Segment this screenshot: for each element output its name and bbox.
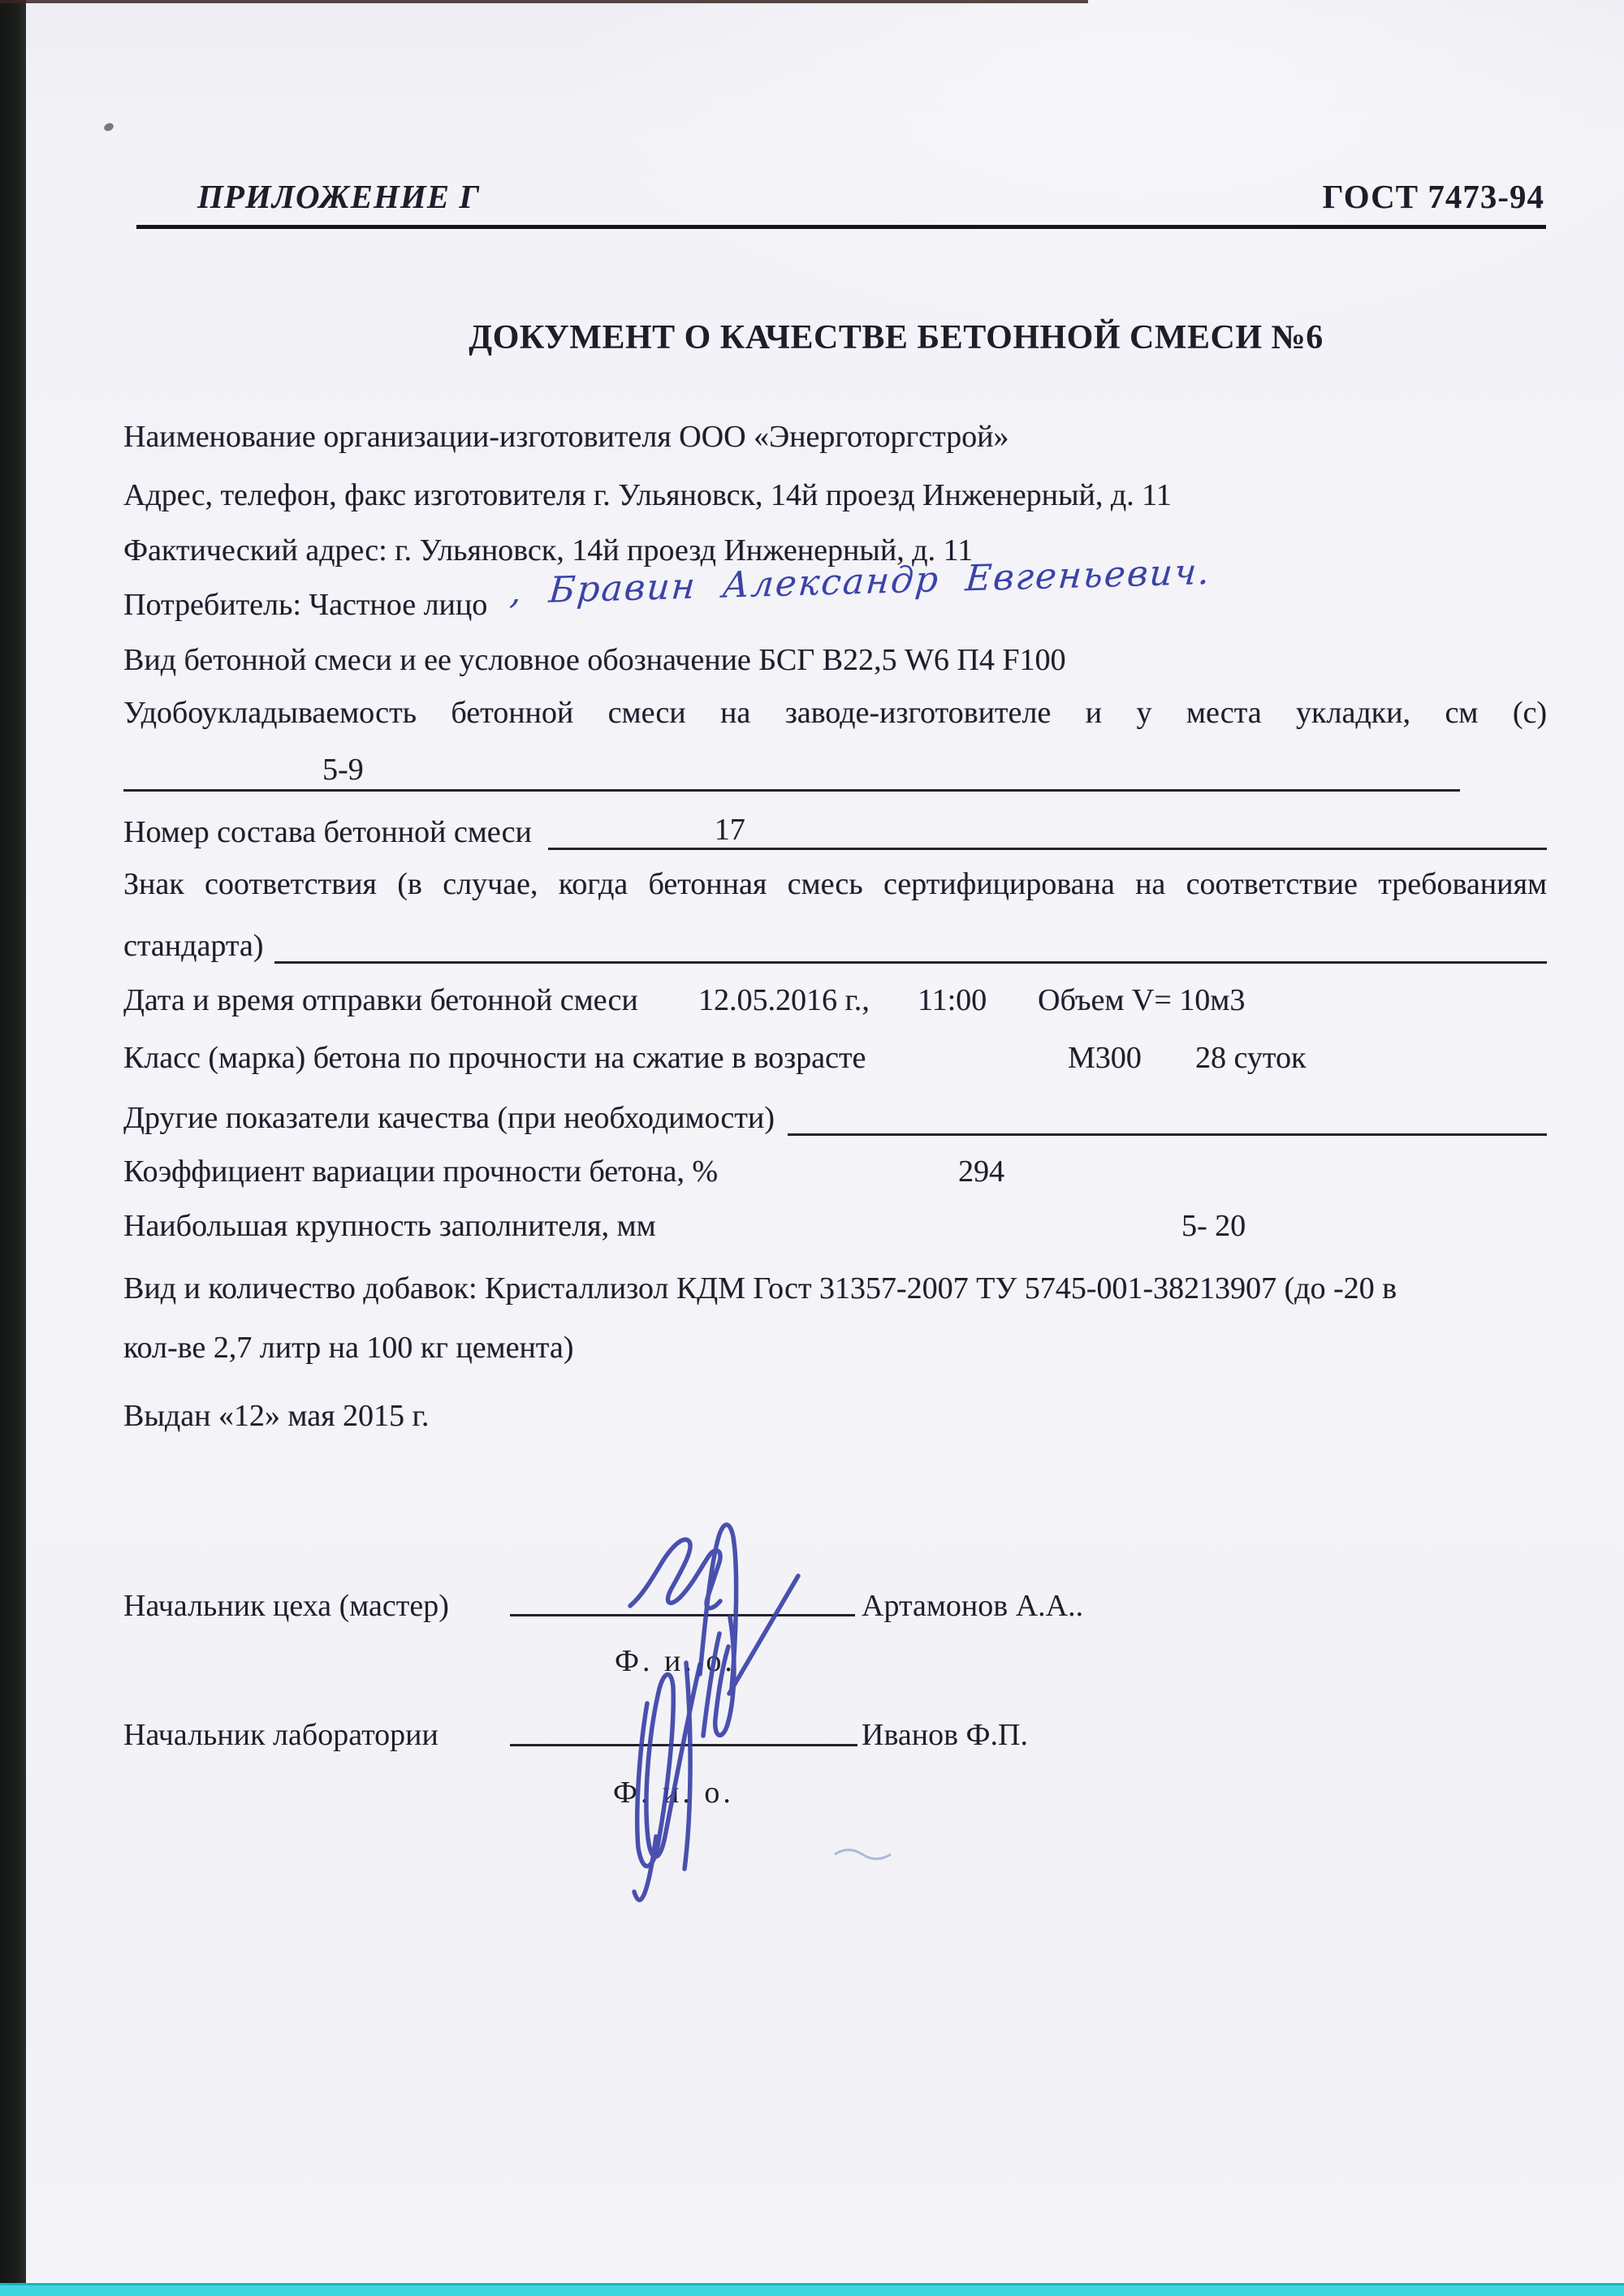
- appendix-label: ПРИЛОЖЕНИЕ Г: [197, 177, 480, 216]
- variation-label: Коэффициент вариации прочности бетона, %: [123, 1154, 718, 1189]
- field-conformity-line1: Знак соответствия (в случае, когда бетон…: [123, 866, 1547, 902]
- lab-role-label: Начальник лаборатории: [123, 1717, 438, 1753]
- strength-label: Класс (марка) бетона по прочности на сжа…: [123, 1041, 866, 1075]
- master-name: Артамонов А.А..: [862, 1588, 1083, 1624]
- dispatch-time: 11:00: [918, 982, 987, 1018]
- lab-signature-line: [510, 1744, 857, 1746]
- conformity-label2: стандарта): [123, 928, 263, 964]
- other-quality-label: Другие показатели качества (при необходи…: [123, 1100, 775, 1136]
- document-title: ДОКУМЕНТ О КАЧЕСТВЕ БЕТОННОЙ СМЕСИ №6: [123, 318, 1547, 357]
- scan-speck: [103, 122, 115, 132]
- mix-number-value: 17: [548, 813, 745, 847]
- field-manufacturer: Наименование организации-изготовителя ОО…: [123, 419, 1547, 455]
- strength-age: 28 суток: [1195, 1040, 1306, 1076]
- mix-number-blank: 17: [548, 812, 1547, 850]
- field-consumer: Потребитель: Частное лицо , Бравин Алекс…: [123, 587, 1547, 623]
- mix-number-label: Номер состава бетонной смеси: [123, 814, 532, 850]
- field-aggregate: Наибольшая крупность заполнителя, мм 5- …: [123, 1208, 1547, 1244]
- scan-top-edge: [0, 0, 1088, 3]
- aggregate-label: Наибольшая крупность заполнителя, мм: [123, 1209, 656, 1243]
- field-additives-line1: Вид и количество добавок: Кристаллизол К…: [123, 1271, 1547, 1306]
- master-signature-ink: [630, 1525, 798, 1736]
- dispatch-volume: Объем V= 10м3: [1038, 982, 1245, 1018]
- field-workability-label: Удобоукладываемость бетонной смеси на за…: [123, 695, 1547, 731]
- field-mix-designation: Вид бетонной смеси и ее условное обознач…: [123, 642, 1547, 678]
- field-variation: Коэффициент вариации прочности бетона, %…: [123, 1154, 1547, 1189]
- workability-value: 5-9: [123, 753, 364, 787]
- header-rule: [136, 225, 1546, 229]
- master-signature-line: [510, 1614, 855, 1616]
- aggregate-value: 5- 20: [1181, 1208, 1246, 1244]
- scan-bottom-strip: [0, 2283, 1624, 2296]
- other-quality-blank: [788, 1133, 1547, 1136]
- field-mix-number: Номер состава бетонной смеси 17: [123, 812, 1547, 850]
- stray-pen-mark: [835, 1850, 891, 1859]
- dispatch-date: 12.05.2016 г.,: [698, 982, 870, 1018]
- scan-left-edge: [0, 0, 26, 2296]
- field-conformity-line2: стандарта): [123, 928, 1547, 964]
- strength-grade: М300: [1068, 1040, 1142, 1076]
- field-issued: Выдан «12» мая 2015 г.: [123, 1398, 1547, 1434]
- field-other-quality: Другие показатели качества (при необходи…: [123, 1100, 1547, 1136]
- master-role-label: Начальник цеха (мастер): [123, 1588, 449, 1624]
- conformity-blank: [274, 961, 1547, 964]
- consumer-label: Потребитель: Частное лицо: [123, 588, 487, 622]
- field-additives-line2: кол-ве 2,7 литр на 100 кг цемента): [123, 1330, 1547, 1366]
- field-address: Адрес, телефон, факс изготовителя г. Уль…: [123, 477, 1547, 513]
- master-fio-caption: Ф. и. о.: [615, 1643, 736, 1679]
- field-workability-valueline: 5-9: [123, 752, 1460, 792]
- lab-name: Иванов Ф.П.: [862, 1717, 1028, 1753]
- lab-fio-caption: Ф. и. о.: [613, 1775, 734, 1810]
- field-strength: Класс (марка) бетона по прочности на сжа…: [123, 1040, 1547, 1076]
- variation-value: 294: [958, 1154, 1004, 1189]
- scanned-document-page: ПРИЛОЖЕНИЕ Г ГОСТ 7473-94 ДОКУМЕНТ О КАЧ…: [0, 0, 1624, 2296]
- dispatch-label: Дата и время отправки бетонной смеси: [123, 983, 638, 1017]
- gost-number: ГОСТ 7473-94: [1323, 177, 1544, 216]
- field-dispatch: Дата и время отправки бетонной смеси 12.…: [123, 982, 1547, 1018]
